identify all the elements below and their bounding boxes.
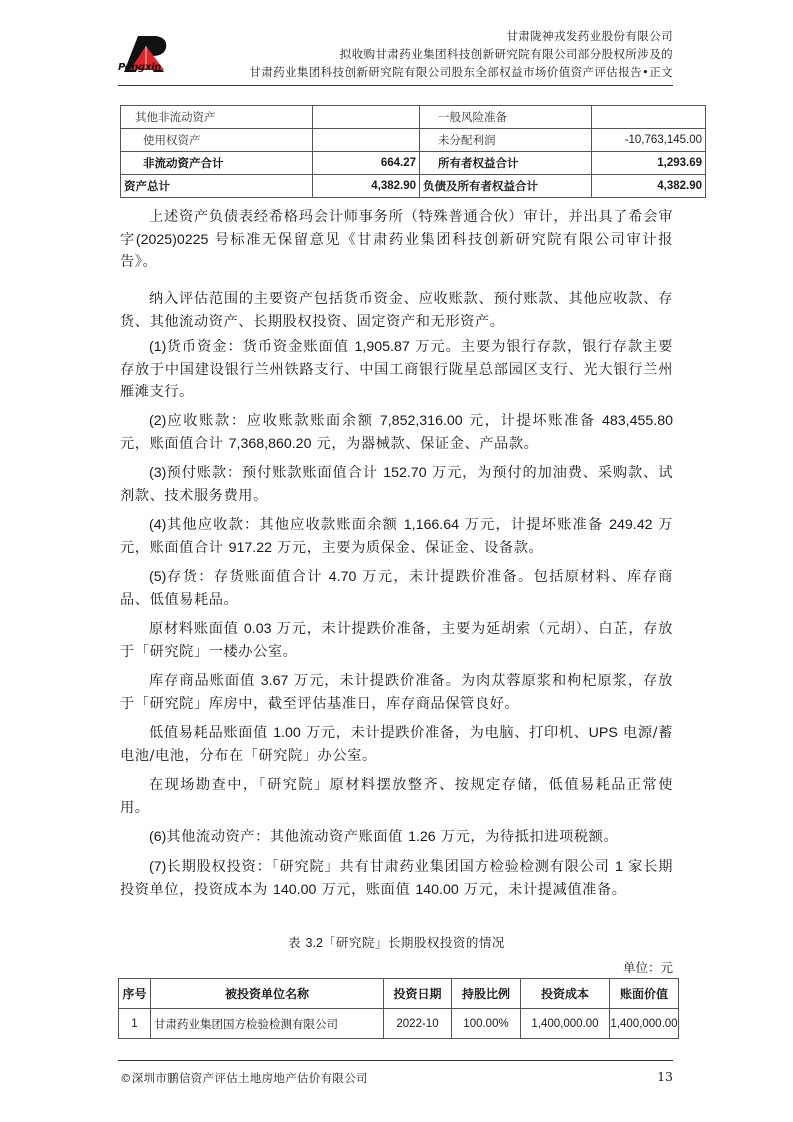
cell-cost: 1,400,000.00	[521, 1009, 610, 1039]
right-value	[592, 106, 706, 129]
header-subject: 拟收购甘肃药业集团科技创新研究院有限公司部分股权所涉及的	[340, 46, 673, 62]
other-receivables-paragraph: (4)其他应收款：其他应收款账面余额 1,166.64 万元，计提坏账准备 24…	[120, 514, 673, 559]
raw-materials-paragraph: 原材料账面值 0.03 万元，未计提跌价准备，主要为延胡索（元胡）、白芷，存放于…	[120, 618, 673, 663]
left-value	[313, 129, 420, 152]
table-header-row: 序号 被投资单位名称 投资日期 持股比例 投资成本 账面价值	[119, 979, 679, 1009]
header-book-value: 账面价值	[610, 979, 679, 1009]
balance-sheet-table: 其他非流动资产 一般风险准备 使用权资产 未分配利润 -10,763,145.0…	[120, 105, 706, 198]
site-inspection-paragraph: 在现场勘查中，「研究院」原材料摆放整齐、按规定存储，低值易耗品正常使用。	[120, 774, 673, 819]
footer-company: ©深圳市鹏信资产评估土地房地产估价有限公司	[120, 1070, 368, 1086]
cell-investee: 甘肃药业集团国方检验检测有限公司	[151, 1009, 384, 1039]
right-label: 负债及所有者权益合计	[420, 175, 592, 198]
right-value: 4,382.90	[592, 175, 706, 198]
table-row: 资产总计 4,382.90 负债及所有者权益合计 4,382.90	[121, 175, 706, 198]
right-value: -10,763,145.00	[592, 129, 706, 152]
receivables-paragraph: (2)应收账款：应收账款账面余额 7,852,316.00 元，计提坏账准备 4…	[120, 410, 673, 455]
header-divider	[118, 85, 673, 86]
cash-paragraph: (1)货币资金：货币资金账面值 1,905.87 万元。主要为银行存款，银行存款…	[120, 336, 673, 404]
long-term-equity-paragraph: (7)长期股权投资：「研究院」共有甘肃药业集团国方检验检测有限公司 1 家长期投…	[120, 856, 673, 901]
table-row: 1 甘肃药业集团国方检验检测有限公司 2022-10 100.00% 1,400…	[119, 1009, 679, 1039]
page-number: 13	[657, 1069, 673, 1084]
prepayments-paragraph: (3)预付账款：预付账款账面值合计 152.70 万元，为预付的加油费、采购款、…	[120, 462, 673, 507]
left-label: 其他非流动资产	[121, 106, 313, 129]
left-value	[313, 106, 420, 129]
goods-in-stock-paragraph: 库存商品账面值 3.67 万元，未计提跌价准备。为肉苁蓉原浆和枸杞原浆，存放于「…	[120, 670, 673, 715]
audit-paragraph: 上述资产负债表经希格玛会计师事务所（特殊普通合伙）审计，并出具了希会审字(202…	[120, 206, 673, 274]
footer-divider	[118, 1060, 673, 1061]
left-label: 资产总计	[121, 175, 313, 198]
table-row: 使用权资产 未分配利润 -10,763,145.00	[121, 129, 706, 152]
unit-label: 单位：元	[623, 958, 673, 976]
cell-share-ratio: 100.00%	[452, 1009, 521, 1039]
consumables-paragraph: 低值易耗品账面值 1.00 万元，未计提跌价准备，为电脑、打印机、UPS 电源/…	[120, 722, 673, 767]
long-term-investment-table: 序号 被投资单位名称 投资日期 持股比例 投资成本 账面价值 1 甘肃药业集团国…	[118, 978, 679, 1039]
left-value: 4,382.90	[313, 175, 420, 198]
left-value: 664.27	[313, 152, 420, 175]
table-caption: 表 3.2「研究院」长期股权投资的情况	[120, 933, 673, 951]
logo-wordmark: Pengxin	[118, 62, 178, 73]
header-company: 甘肃陇神戎发药业股份有限公司	[506, 28, 673, 44]
header-index: 序号	[119, 979, 151, 1009]
header-date: 投资日期	[384, 979, 452, 1009]
right-label: 未分配利润	[420, 129, 592, 152]
scope-paragraph: 纳入评估范围的主要资产包括货币资金、应收账款、预付账款、其他应收款、存货、其他流…	[120, 288, 673, 333]
other-current-assets-paragraph: (6)其他流动资产：其他流动资产账面值 1.26 万元，为待抵扣进项税额。	[120, 826, 673, 849]
header-investee: 被投资单位名称	[151, 979, 384, 1009]
left-label: 非流动资产合计	[121, 152, 313, 175]
cell-book-value: 1,400,000.00	[610, 1009, 679, 1039]
right-label: 所有者权益合计	[420, 152, 592, 175]
header-report-title: 甘肃药业集团科技创新研究院有限公司股东全部权益市场价值资产评估报告•正文	[249, 64, 673, 80]
right-value: 1,293.69	[592, 152, 706, 175]
header-share-ratio: 持股比例	[452, 979, 521, 1009]
table-row: 其他非流动资产 一般风险准备	[121, 106, 706, 129]
table-row: 非流动资产合计 664.27 所有者权益合计 1,293.69	[121, 152, 706, 175]
header-cost: 投资成本	[521, 979, 610, 1009]
cell-index: 1	[119, 1009, 151, 1039]
cell-date: 2022-10	[384, 1009, 452, 1039]
right-label: 一般风险准备	[420, 106, 592, 129]
inventory-paragraph: (5)存货：存货账面值合计 4.70 万元，未计提跌价准备。包括原材料、库存商品…	[120, 566, 673, 611]
left-label: 使用权资产	[121, 129, 313, 152]
